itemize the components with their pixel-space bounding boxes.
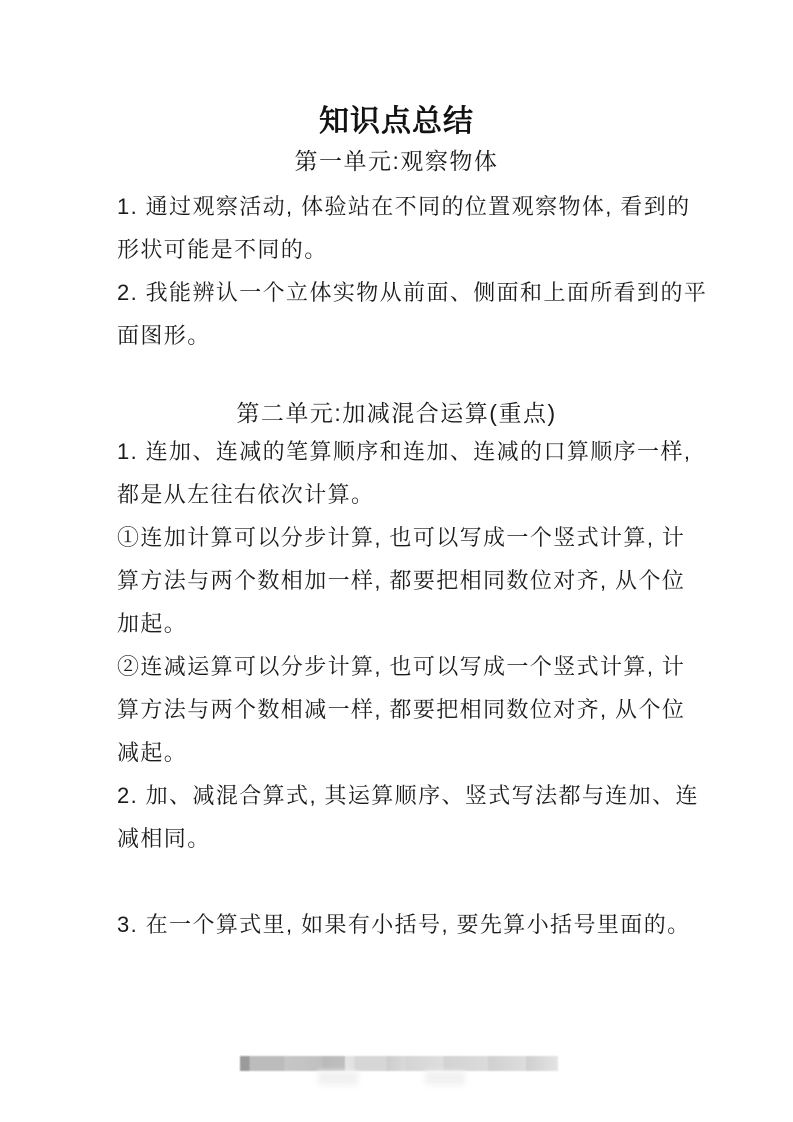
text-line: 减相同。 <box>117 817 681 860</box>
text-line: 面图形。 <box>117 314 681 357</box>
text-line: 形状可能是不同的。 <box>117 228 681 271</box>
text-line: 减起。 <box>117 731 681 774</box>
text-line: 算方法与两个数相加一样, 都要把相同数位对齐, 从个位 <box>117 559 681 602</box>
document-page: 知识点总结 第一单元:观察物体 1. 通过观察活动, 体验站在不同的位置观察物体… <box>0 0 793 1122</box>
text-line: 算方法与两个数相减一样, 都要把相同数位对齐, 从个位 <box>117 688 681 731</box>
text-line: 3. 在一个算式里, 如果有小括号, 要先算小括号里面的。 <box>117 903 681 946</box>
section-2-body: 1. 连加、连减的笔算顺序和连加、连减的口算顺序一样, 都是从左往右依次计算。 … <box>117 430 681 946</box>
section-1-body: 1. 通过观察活动, 体验站在不同的位置观察物体, 看到的 形状可能是不同的。 … <box>117 185 681 357</box>
section-2-heading: 第二单元:加减混合运算(重点) <box>0 395 793 428</box>
text-line: 1. 连加、连减的笔算顺序和连加、连减的口算顺序一样, <box>117 430 681 473</box>
watermark-smudge <box>318 1071 358 1085</box>
text-line: 加起。 <box>117 602 681 645</box>
text-line: ①连加计算可以分步计算, 也可以写成一个竖式计算, 计 <box>117 516 681 559</box>
text-line: 1. 通过观察活动, 体验站在不同的位置观察物体, 看到的 <box>117 185 681 228</box>
text-line: ②连减运算可以分步计算, 也可以写成一个竖式计算, 计 <box>117 645 681 688</box>
watermark-blurred-bar <box>240 1056 558 1071</box>
text-line: 2. 加、减混合算式, 其运算顺序、竖式写法都与连加、连 <box>117 774 681 817</box>
document-title: 知识点总结 <box>0 96 793 140</box>
blank-line <box>117 860 681 903</box>
text-line: 都是从左往右依次计算。 <box>117 473 681 516</box>
watermark-smudge <box>425 1071 465 1085</box>
section-1-heading: 第一单元:观察物体 <box>0 143 793 176</box>
text-line: 2. 我能辨认一个立体实物从前面、侧面和上面所看到的平 <box>117 271 681 314</box>
